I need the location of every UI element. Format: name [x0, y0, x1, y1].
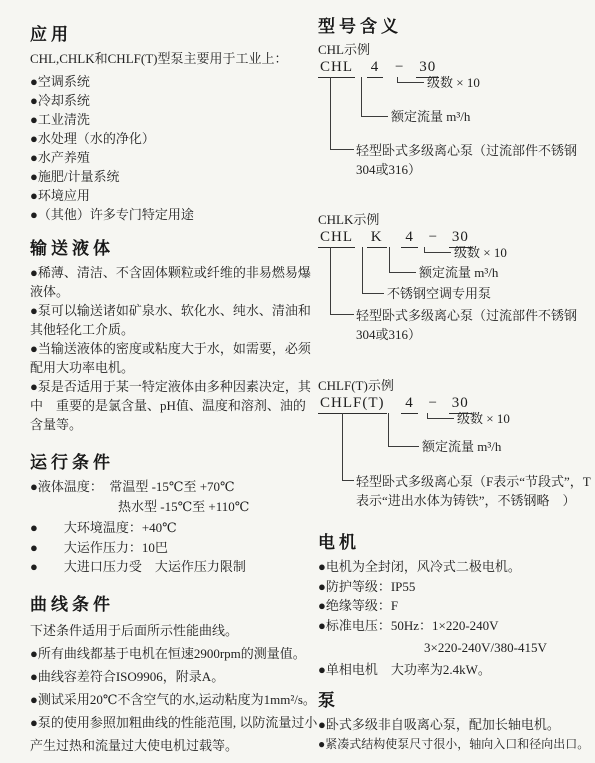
motor-item: ●标准电压：50Hz：1×220-240V — [318, 616, 595, 636]
curve-item: ●测试采用20℃不含空气的水,运动粘度为1mm²/s。 — [30, 688, 318, 711]
curve-intro: 下述条件适用于后面所示性能曲线。 — [30, 619, 318, 642]
application-item: ●施肥/计量系统 — [30, 167, 318, 186]
left-column: 应用 CHL,CHLK和CHLF(T)型泵主要用于工业上： ●空调系统 ●冷却系… — [30, 0, 318, 763]
chl-callout-stages: 级数 × 10 — [427, 75, 480, 90]
liquids-item: ●当输送液体的密度或粘度大于水，如需要，必须配用大功率电机。 — [30, 339, 318, 377]
connector-line — [427, 413, 454, 419]
application-list: ●空调系统 ●冷却系统 ●工业清洗 ●水处理（水的净化） ●水产养殖 ●施肥/计… — [30, 72, 318, 224]
chl-example-title: CHL示例 — [318, 42, 595, 58]
connector-line — [424, 247, 451, 253]
application-heading: 应用 — [30, 20, 318, 45]
chlk-callout-flow: 额定流量 m³/h — [419, 265, 498, 280]
chl-code-flow: 4 — [367, 59, 384, 78]
application-item: ●冷却系统 — [30, 91, 318, 110]
liquids-item: ●泵是否适用于某一特定液体由多种因素决定，其中 重要的是氯含量、pH值、温度和溶… — [30, 377, 318, 434]
liquids-heading: 输送液体 — [30, 234, 318, 259]
connector-line — [397, 77, 424, 83]
chlk-callout-k: 不锈钢空调专用泵 — [387, 286, 491, 301]
chlft-callout-type: 轻型卧式多级离心泵（F表示“节段式”，T表示“进出水体为铸铁”，不锈钢略 ） — [356, 472, 595, 510]
chlk-callout-type: 轻型卧式多级离心泵（过流部件不锈钢304或316） — [356, 306, 590, 344]
motor-item: ●单相电机 大功率为2.4kW。 — [318, 660, 595, 680]
application-intro: CHL,CHLK和CHLF(T)型泵主要用于工业上： — [30, 49, 318, 68]
curve-heading: 曲线条件 — [30, 590, 318, 615]
section-motor: 电机 ●电机为全封闭，风冷式二极电机。 ●防护等级：IP55 ●绝缘等级：F ●… — [318, 528, 595, 679]
pump-item: ●卧式多级非自吸离心泵，配加长轴电机。 — [318, 715, 595, 735]
operating-item: ● 大环境温度：+40℃ — [30, 518, 318, 538]
motor-heading: 电机 — [318, 528, 595, 553]
section-application: 应用 CHL,CHLK和CHLF(T)型泵主要用于工业上： ●空调系统 ●冷却系… — [30, 20, 318, 224]
model-example-chlk: CHLK示例 CHL K 4 − 30 级数 × 10 额定流量 m³/h 不锈… — [318, 212, 595, 362]
chlk-code-k: K — [367, 229, 387, 248]
curve-item: ●泵的使用参照加粗曲线的性能范围, 以防流量过小产生过热和流量过大使电机过载等。 — [30, 711, 318, 757]
chlk-code-flow: 4 — [401, 229, 418, 248]
motor-item-voltage2: 3×220-240V/380-415V — [318, 638, 595, 658]
connector-line — [388, 413, 419, 447]
motor-item: ●绝缘等级：F — [318, 596, 595, 616]
chl-callout-type: 轻型卧式多级离心泵（过流部件不锈钢304或316） — [356, 141, 590, 179]
connector-line — [330, 247, 354, 315]
operating-item: ● 大运作压力：10巴 — [30, 538, 318, 558]
application-item: ●水处理（水的净化） — [30, 129, 318, 148]
chlft-code-flow: 4 — [401, 395, 418, 414]
curve-item: ●曲线容差符合ISO9906，附录A。 — [30, 665, 318, 688]
chlft-callout-stages: 级数 × 10 — [457, 411, 510, 426]
application-item: ●水产养殖 — [30, 148, 318, 167]
motor-item: ●防护等级：IP55 — [318, 577, 595, 597]
section-curve: 曲线条件 下述条件适用于后面所示性能曲线。 ●所有曲线都基于电机在恒速2900r… — [30, 590, 318, 757]
connector-line — [362, 247, 384, 294]
pump-item: ●紧凑式结构使泵尺寸很小，轴向入口和径向出口。 — [318, 735, 595, 755]
model-example-chl: CHL示例 CHL 4 − 30 级数 × 10 额定流量 m³/h 轻型卧式多… — [318, 42, 595, 182]
operating-list: ●液体温度： 常温型 -15℃至 +70℃ 热水型 -15℃至 +110℃ ● … — [30, 477, 318, 577]
chlk-code-dash: − — [428, 229, 439, 246]
chlft-example-title: CHLF(T)示例 — [318, 378, 595, 394]
chlk-code-series: CHL — [318, 229, 355, 248]
right-column: 型号含义 CHL示例 CHL 4 − 30 级数 × 10 额定流量 m³/h … — [318, 0, 595, 763]
curve-item: ●所有曲线都基于电机在恒速2900rpm的测量值。 — [30, 642, 318, 665]
section-liquids: 输送液体 ●稀薄、清洁、不含固体颗粒或纤维的非易燃易爆液体。 ●泵可以输送诸如矿… — [30, 234, 318, 434]
chlk-callout-stages: 级数 × 10 — [454, 245, 507, 260]
chlk-example-title: CHLK示例 — [318, 212, 595, 228]
motor-item: ●电机为全封闭，风冷式二极电机。 — [318, 557, 595, 577]
section-pump: 泵 ●卧式多级非自吸离心泵，配加长轴电机。 ●紧凑式结构使泵尺寸很小，轴向入口和… — [318, 686, 595, 754]
chl-callout-flow: 额定流量 m³/h — [391, 109, 470, 124]
operating-heading: 运行条件 — [30, 448, 318, 473]
chlk-code-row: CHL K 4 − 30 — [318, 229, 472, 248]
connector-line — [361, 77, 388, 117]
model-meaning-heading: 型号含义 — [318, 12, 595, 37]
chlft-callout-flow: 额定流量 m³/h — [422, 439, 501, 454]
model-example-chlft: CHLF(T)示例 CHLF(T) 4 − 30 级数 × 10 额定流量 m³… — [318, 378, 595, 513]
application-item: ●环境应用 — [30, 186, 318, 205]
liquids-item: ●稀薄、清洁、不含固体颗粒或纤维的非易燃易爆液体。 — [30, 263, 318, 301]
connector-line — [330, 77, 354, 150]
chlft-code-dash: − — [428, 395, 439, 412]
chl-code-row: CHL 4 − 30 — [318, 59, 439, 78]
pump-list: ●卧式多级非自吸离心泵，配加长轴电机。 ●紧凑式结构使泵尺寸很小，轴向入口和径向… — [318, 715, 595, 754]
section-operating: 运行条件 ●液体温度： 常温型 -15℃至 +70℃ 热水型 -15℃至 +11… — [30, 448, 318, 577]
liquids-list: ●稀薄、清洁、不含固体颗粒或纤维的非易燃易爆液体。 ●泵可以输送诸如矿泉水、软化… — [30, 263, 318, 434]
motor-list: ●电机为全封闭，风冷式二极电机。 ●防护等级：IP55 ●绝缘等级：F ●标准电… — [318, 557, 595, 679]
chlft-code-row: CHLF(T) 4 − 30 — [318, 395, 472, 414]
operating-temp-line2: 热水型 -15℃至 +110℃ — [30, 497, 318, 517]
connector-line — [342, 413, 354, 481]
curve-list: 下述条件适用于后面所示性能曲线。 ●所有曲线都基于电机在恒速2900rpm的测量… — [30, 619, 318, 757]
operating-item: ● 大进口压力受 大运作压力限制 — [30, 557, 318, 577]
catalog-page: 应用 CHL,CHLK和CHLF(T)型泵主要用于工业上： ●空调系统 ●冷却系… — [0, 0, 595, 763]
application-item: ●（其他）许多专门特定用途 — [30, 205, 318, 224]
operating-temp-line1: ●液体温度： 常温型 -15℃至 +70℃ — [30, 477, 318, 497]
application-item: ●空调系统 — [30, 72, 318, 91]
pump-heading: 泵 — [318, 686, 595, 711]
chlft-code-series: CHLF(T) — [318, 395, 387, 414]
chl-code-series: CHL — [318, 59, 355, 78]
chl-code-dash: − — [394, 59, 405, 76]
liquids-item: ●泵可以输送诸如矿泉水、软化水、纯水、清油和其他轻化工介质。 — [30, 301, 318, 339]
application-item: ●工业清洗 — [30, 110, 318, 129]
connector-line — [389, 247, 416, 273]
